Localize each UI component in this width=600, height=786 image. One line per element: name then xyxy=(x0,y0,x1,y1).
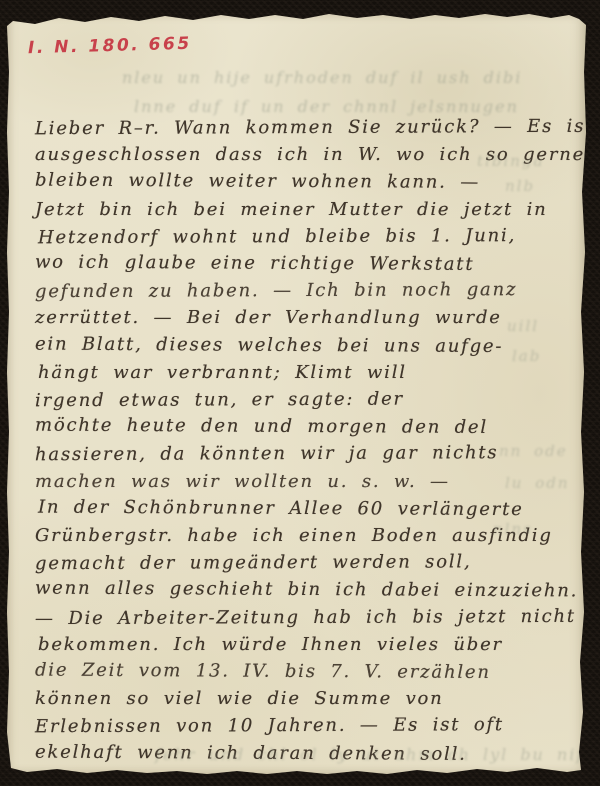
handwriting-line: Hetzendorf wohnt und bleibe bis 1. Juni, xyxy=(38,222,583,252)
showthrough-fragment: nlb xyxy=(505,177,535,195)
handwriting-line: zerrüttet. — Bei der Verhandlung wurde xyxy=(35,304,583,331)
showthrough-line: nleu un hije ufrhoden duf il ush dibi xyxy=(122,68,582,87)
showthrough-fragment: nlns xyxy=(493,520,533,538)
handwriting-line: Erlebnissen von 10 Jahren. — Es ist oft xyxy=(35,711,583,741)
showthrough-line: fehr und chl ol ly ut uhm ch lyl bu nif xyxy=(155,745,584,764)
handwriting-line: wo ich glaube eine richtige Werkstatt xyxy=(35,249,583,279)
handwriting-line: können so viel wie die Summe von xyxy=(35,685,583,712)
showthrough-fragment: nn ode xyxy=(499,442,568,460)
handwriting-line: machen was wir wollten u. s. w. — xyxy=(35,468,583,495)
letter-page: nleu un hije ufrhoden duf il ush dibi ln… xyxy=(7,12,586,776)
handwriting-line: gefunden zu haben. — Ich bin noch ganz xyxy=(35,276,583,306)
showthrough-fragment: lu odn xyxy=(505,474,570,492)
handwriting-line: wenn alles geschieht bin ich dabei einzu… xyxy=(35,575,583,605)
handwriting-line: — Die Arbeiter-Zeitung hab ich bis jetzt… xyxy=(35,602,583,632)
handwriting-line: gemacht der umgeändert werden soll, xyxy=(35,548,583,578)
handwriting-line: bleiben wollte weiter wohnen kann. — xyxy=(35,167,583,197)
handwritten-letter-text: Lieber R–r. Wann kommen Sie zurück? — Es… xyxy=(35,114,583,767)
handwriting-line: irgend etwas tun, er sagte: der xyxy=(35,385,583,415)
showthrough-fragment: uill xyxy=(507,317,539,335)
handwriting-line: ein Blatt, dieses welches bei uns aufge- xyxy=(35,330,583,360)
handwriting-line: In der Schönbrunner Allee 60 verlängerte xyxy=(38,493,583,523)
showthrough-fragment: lab xyxy=(512,347,541,365)
handwriting-line: hängt war verbrannt; Klimt will xyxy=(38,359,583,386)
handwriting-line: bekommen. Ich würde Ihnen vieles über xyxy=(38,631,583,658)
handwriting-line: Jetzt bin ich bei meiner Mutter die jetz… xyxy=(35,196,583,223)
handwriting-line: möchte heute den und morgen den del xyxy=(35,412,583,442)
scan-background: nleu un hije ufrhoden duf il ush dibi ln… xyxy=(0,0,600,786)
handwriting-line: Lieber R–r. Wann kommen Sie zurück? — Es… xyxy=(35,113,583,143)
handwriting-line: die Zeit vom 13. IV. bis 7. V. erzählen xyxy=(35,657,583,687)
showthrough-fragment: tlbinga xyxy=(477,152,544,170)
inventory-number-stamp: I. N. 180. 665 xyxy=(28,34,192,59)
